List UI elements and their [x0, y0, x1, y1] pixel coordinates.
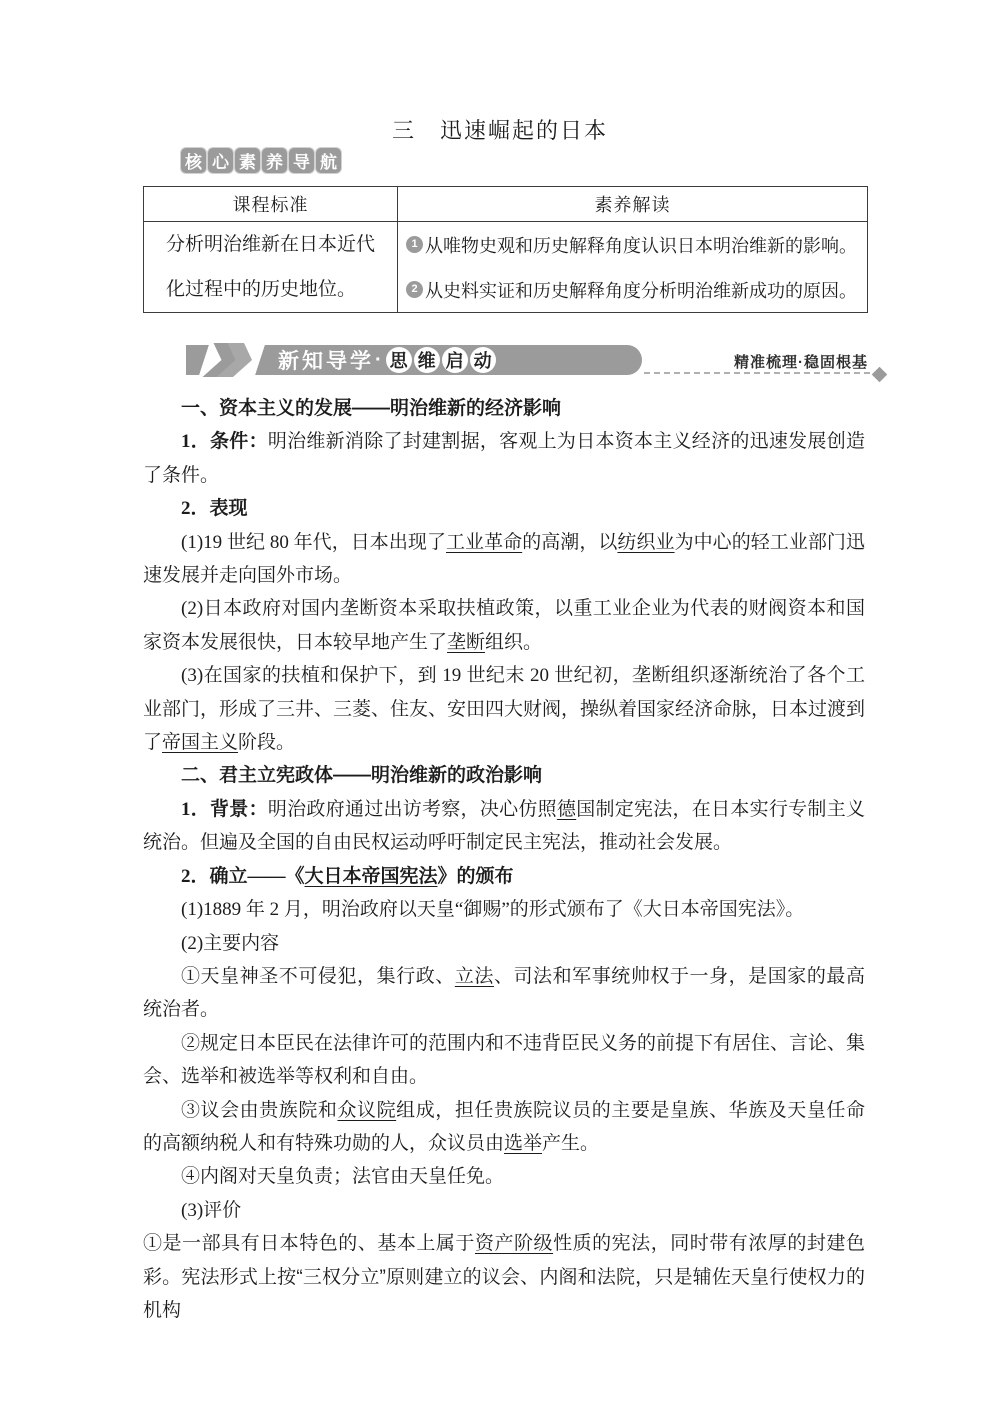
point-row: 1从唯物史观和历史解释角度认识日本明治维新的影响。	[406, 222, 863, 267]
text-run: 二、君主立宪政体——明治维新的政治影响	[181, 765, 542, 786]
text-run: 的高潮，以	[522, 532, 617, 553]
badge-tile-char: 导	[289, 148, 314, 173]
section-banner: 新知导学 · 思维启动	[186, 345, 642, 375]
badge-tile-char: 素	[235, 148, 260, 173]
banner-circled-char: 启	[442, 347, 468, 373]
study-content: 一、资本主义的发展——明治维新的经济影响1．条件：明治维新消除了封建割据，客观上…	[143, 392, 865, 1327]
paragraph: (3)在国家的扶植和保护下，到 19 世纪末 20 世纪初，垄断组织逐渐统治了各…	[143, 659, 865, 759]
paragraph: ②规定日本臣民在法律许可的范围内和不违背臣民义务的前提下有居住、言论、集会、选举…	[143, 1027, 865, 1094]
table-header-interpretation: 素养解读	[398, 187, 868, 222]
dashed-rule	[644, 372, 870, 374]
text-run: 选举	[504, 1133, 542, 1154]
paragraph: 2．表现	[143, 492, 865, 525]
text-run: (2)主要内容	[181, 933, 279, 954]
badge-tile-char: 养	[262, 148, 287, 173]
table-header-standard: 课程标准	[144, 187, 398, 222]
text-run: 阶段。	[238, 732, 295, 753]
text-run: ④内阁对天皇负责；法官由天皇任免。	[181, 1166, 504, 1187]
badge-tile-char: 核	[181, 148, 206, 173]
badge-tile-char: 心	[208, 148, 233, 173]
text-run: ①天皇神圣不可侵犯，集行政、	[181, 966, 455, 987]
point-text: 从史料实证和历史解释角度分析明治维新成功的原因。	[425, 277, 857, 303]
paragraph: (2)主要内容	[143, 927, 865, 960]
standards-table: 课程标准 素养解读 分析明治维新在日本近代化过程中的历史地位。 1从唯物史观和历…	[143, 186, 868, 313]
text-run: 帝国主义	[162, 732, 238, 753]
section-heading: 二、君主立宪政体——明治维新的政治影响	[143, 759, 865, 792]
page-root: 三 迅速崛起的日本 核心素养导航 课程标准 素养解读 分析明治维新在日本近代化过…	[0, 0, 1000, 1414]
page-title: 三 迅速崛起的日本	[0, 114, 1000, 145]
paragraph: 1．条件：明治维新消除了封建割据，客观上为日本资本主义经济的迅速发展创造了条件。	[143, 425, 865, 492]
standard-cell: 分析明治维新在日本近代化过程中的历史地位。	[144, 222, 398, 313]
point-text: 从唯物史观和历史解释角度认识日本明治维新的影响。	[425, 232, 857, 258]
paragraph: ④内阁对天皇负责；法官由天皇任免。	[143, 1160, 865, 1193]
text-run: (1)1889 年 2 月，明治政府以天皇“御赐”的形式颁布了《大日本帝国宪法》…	[181, 899, 804, 920]
text-run: ①是一部具有日本特色的、基本上属于	[143, 1233, 475, 1254]
paragraph: (1)19 世纪 80 年代，日本出现了工业革命的高潮，以纺织业为中心的轻工业部…	[143, 526, 865, 593]
paragraph: ③议会由贵族院和众议院组成，担任贵族院议员的主要是皇族、华族及天皇任命的高额纳税…	[143, 1094, 865, 1161]
paragraph: (3)评价	[143, 1194, 865, 1227]
text-run: 德	[557, 799, 576, 820]
section-heading: 一、资本主义的发展——明治维新的经济影响	[143, 392, 865, 425]
text-run: ③议会由贵族院和	[181, 1100, 337, 1121]
text-run: 工业革命	[446, 532, 522, 553]
banner-circled-char: 维	[414, 347, 440, 373]
text-run: 产生。	[542, 1133, 599, 1154]
banner-circled-char: 思	[386, 347, 412, 373]
text-run: 组织。	[485, 632, 542, 653]
chevron-icon	[197, 339, 267, 381]
paragraph: 2．确立——《大日本帝国宪法》的颁布	[143, 860, 865, 893]
diamond-icon	[872, 367, 888, 383]
paragraph: (1)1889 年 2 月，明治政府以天皇“御赐”的形式颁布了《大日本帝国宪法》…	[143, 893, 865, 926]
banner-text: 新知导学 · 思维启动	[278, 345, 497, 375]
text-run: 2．表现	[181, 498, 248, 519]
paragraph: ①是一部具有日本特色的、基本上属于资产阶级性质的宪法，同时带有浓厚的封建色彩。宪…	[143, 1227, 865, 1327]
text-run: 资产阶级	[475, 1233, 553, 1254]
paragraph: ①天皇神圣不可侵犯，集行政、立法、司法和军事统帅权于一身，是国家的最高统治者。	[143, 960, 865, 1027]
text-run: 一、资本主义的发展——明治维新的经济影响	[181, 398, 561, 419]
table-row: 分析明治维新在日本近代化过程中的历史地位。 1从唯物史观和历史解释角度认识日本明…	[144, 222, 868, 313]
interpretation-cell: 1从唯物史观和历史解释角度认识日本明治维新的影响。2从史料实证和历史解释角度分析…	[398, 222, 868, 313]
text-run: (3)评价	[181, 1200, 241, 1221]
point-number-icon: 1	[406, 236, 423, 253]
point-row: 2从史料实证和历史解释角度分析明治维新成功的原因。	[406, 267, 863, 312]
text-run: ②规定日本臣民在法律许可的范围内和不违背臣民义务的前提下有居住、言论、集会、选举…	[143, 1033, 865, 1087]
text-run: 明治政府通过出访考察，决心仿照	[268, 799, 557, 820]
banner-circled-char: 动	[470, 347, 496, 373]
text-run: 1．背景：	[181, 799, 268, 820]
banner-title: 新知导学	[278, 345, 374, 375]
text-run: 》的颁布	[438, 866, 514, 887]
text-run: 众议院	[337, 1100, 396, 1121]
text-run: 纺织业	[617, 532, 674, 553]
text-run: 立法	[455, 966, 494, 987]
paragraph: (2)日本政府对国内垄断资本采取扶植政策，以重工业企业为代表的财阀资本和国家资本…	[143, 592, 865, 659]
point-number-icon: 2	[406, 281, 423, 298]
badge-tile-char: 航	[316, 148, 341, 173]
banner-circled-group: 思维启动	[385, 347, 497, 373]
text-run: 1．条件：	[181, 431, 268, 452]
banner-separator: ·	[375, 349, 382, 372]
paragraph: 1．背景：明治政府通过出访考察，决心仿照德国制定宪法，在日本实行专制主义统治。但…	[143, 793, 865, 860]
text-run: 2．确立——《	[181, 866, 305, 887]
text-run: (1)19 世纪 80 年代，日本出现了	[181, 532, 446, 553]
core-literacy-badge: 核心素养导航	[181, 148, 341, 173]
banner-caption: 精准梳理·稳固根基	[640, 351, 868, 372]
text-run: 大日本帝国宪法	[305, 866, 438, 887]
text-run: 垄断	[447, 632, 485, 653]
